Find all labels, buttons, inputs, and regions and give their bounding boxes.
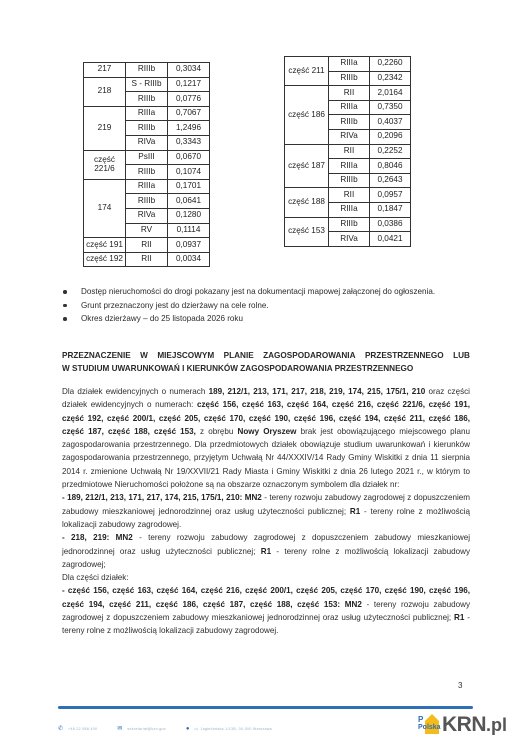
class-cell: RIIIa	[329, 57, 370, 72]
area-cell: 0,0641	[168, 194, 210, 209]
area-cell: 0,4037	[370, 115, 411, 130]
area-cell: 0,2260	[370, 57, 411, 72]
house-logo-icon: P Polska	[418, 713, 444, 737]
class-cell: RIIIb	[329, 217, 370, 232]
area-cell: 0,1114	[168, 223, 210, 238]
parcel-cell: 219	[84, 106, 126, 150]
class-cell: RIVa	[126, 208, 168, 223]
area-cell: 1,2496	[168, 121, 210, 136]
area-cell: 0,8046	[370, 159, 411, 174]
bullet-item: Dostęp nieruchomości do drogi pokazany j…	[62, 286, 462, 298]
area-cell: 0,3034	[168, 63, 210, 78]
heading-line-2: W STUDIUM UWARUNKOWAŃ I KIERUNKÓW ZAGOSP…	[62, 362, 470, 375]
footer-email: ✉ sekretariat@kzn.gov	[117, 725, 166, 732]
area-cell: 0,2252	[370, 144, 411, 159]
info-bullet-list: Dostęp nieruchomości do drogi pokazany j…	[62, 286, 462, 327]
parcel-cell: część 187	[285, 144, 329, 188]
area-cell: 0,7350	[370, 100, 411, 115]
class-cell: RIIIa	[126, 179, 168, 194]
area-cell: 0,1847	[370, 202, 411, 217]
area-cell: 0,1280	[168, 208, 210, 223]
class-cell: RIIIb	[126, 194, 168, 209]
area-cell: 0,0386	[370, 217, 411, 232]
class-cell: RII	[329, 86, 370, 101]
krn-watermark-logo: P Polska KRN .pl	[418, 712, 507, 738]
class-cell: RIIIb	[126, 92, 168, 107]
footer-divider	[58, 706, 473, 709]
area-cell: 0,0670	[168, 150, 210, 165]
parcel-cell: część 221/6	[84, 150, 126, 179]
parcel-cell: część 153	[285, 217, 329, 246]
area-cell: 0,0421	[370, 232, 411, 247]
class-cell: RIIIb	[126, 121, 168, 136]
class-cell: RIIIa	[329, 202, 370, 217]
area-cell: 0,0776	[168, 92, 210, 107]
page-number: 3	[458, 681, 462, 690]
footer-phone: ✆ +48 22 588 400	[58, 725, 97, 732]
parcel-cell: część 191	[84, 238, 126, 253]
class-cell: RII	[329, 144, 370, 159]
class-cell: RIIIb	[329, 173, 370, 188]
zoning-paragraph: Dla działek ewidencyjnych o numerach 189…	[62, 385, 470, 638]
footer-address: ● ul. Jagiellońska 1/13B, 00-000 Warszaw…	[186, 726, 272, 732]
area-cell: 0,3343	[168, 135, 210, 150]
area-cell: 0,1217	[168, 77, 210, 92]
bullet-item: Grunt przeznaczony jest do dzierżawy na …	[62, 300, 462, 312]
parcel-table-right: część 211RIIIa0,2260 RIIIb0,2342 część 1…	[284, 56, 411, 247]
class-cell: RII	[126, 252, 168, 267]
area-cell: 0,2096	[370, 129, 411, 144]
class-cell: RII	[126, 238, 168, 253]
class-cell: S - RIIIb	[126, 77, 168, 92]
area-cell: 0,0937	[168, 238, 210, 253]
class-cell: RII	[329, 188, 370, 203]
area-cell: 2,0164	[370, 86, 411, 101]
parcel-cell: część 186	[285, 86, 329, 144]
area-cell: 0,7067	[168, 106, 210, 121]
class-cell: RIIIa	[329, 100, 370, 115]
area-cell: 0,2643	[370, 173, 411, 188]
class-cell: RIIIb	[126, 63, 168, 78]
parcel-table-left: 217RIIIb0,3034 218S - RIIIb0,1217 RIIIb0…	[83, 62, 210, 267]
class-cell: RIVa	[329, 232, 370, 247]
parcel-cell: 174	[84, 179, 126, 237]
class-cell: PsIII	[126, 150, 168, 165]
class-cell: RIIIb	[329, 115, 370, 130]
bullet-item: Okres dzierżawy – do 25 listopada 2026 r…	[62, 313, 462, 325]
parcel-cell: część 211	[285, 57, 329, 86]
location-pin-icon: ●	[186, 726, 190, 732]
parcel-cell: 217	[84, 63, 126, 78]
class-cell: RIVa	[126, 135, 168, 150]
class-cell: RIIIb	[126, 165, 168, 180]
area-cell: 0,2342	[370, 71, 411, 86]
class-cell: RIIIa	[126, 106, 168, 121]
heading-line-1: PRZEZNACZENIE W MIEJSCOWYM PLANIE ZAGOSP…	[62, 349, 470, 362]
phone-icon: ✆	[58, 725, 63, 732]
class-cell: RIIIa	[329, 159, 370, 174]
parcel-cell: część 192	[84, 252, 126, 267]
class-cell: RIIIb	[329, 71, 370, 86]
mail-icon: ✉	[117, 725, 122, 732]
area-cell: 0,1074	[168, 165, 210, 180]
footer-contacts: ✆ +48 22 588 400 ✉ sekretariat@kzn.gov ●…	[58, 725, 292, 732]
area-cell: 0,0034	[168, 252, 210, 267]
area-cell: 0,0957	[370, 188, 411, 203]
area-cell: 0,1701	[168, 179, 210, 194]
parcel-cell: część 188	[285, 188, 329, 217]
class-cell: RIVa	[329, 129, 370, 144]
section-heading: PRZEZNACZENIE W MIEJSCOWYM PLANIE ZAGOSP…	[62, 349, 470, 375]
parcel-cell: 218	[84, 77, 126, 106]
class-cell: RV	[126, 223, 168, 238]
